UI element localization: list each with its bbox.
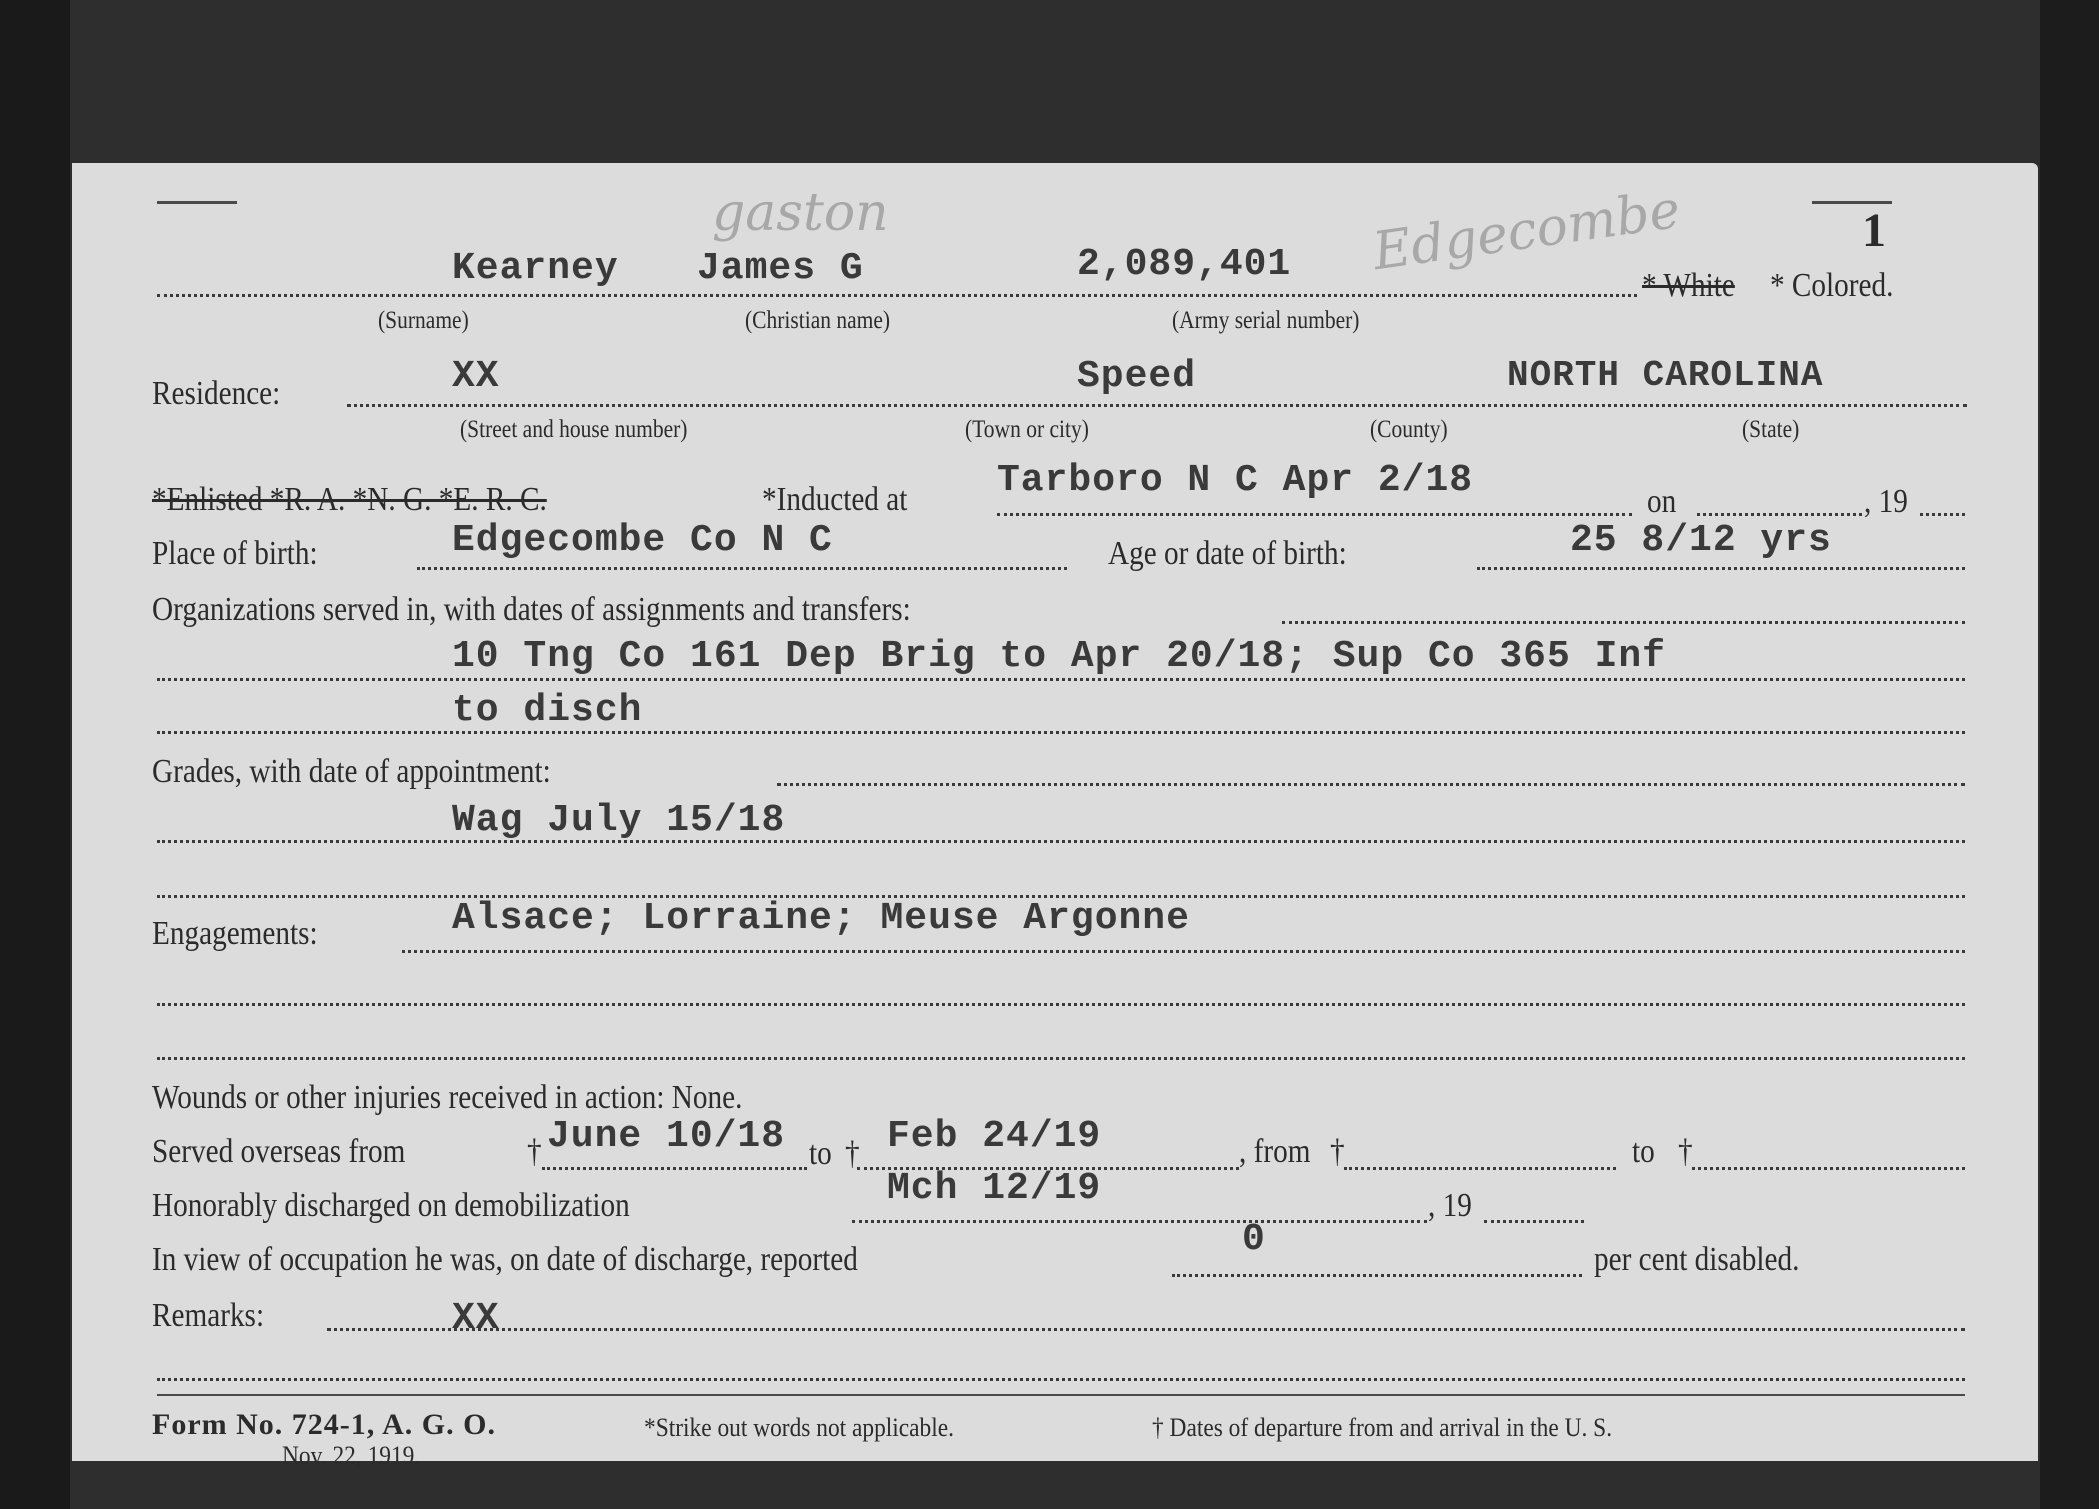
engagements-rule-2 — [157, 1003, 1965, 1006]
town-value: Speed — [1077, 355, 1196, 398]
surname-caption: (Surname) — [378, 307, 469, 335]
overseas-to2-label: to — [1632, 1133, 1655, 1171]
age-value: 25 8/12 yrs — [1570, 519, 1832, 562]
remarks-value: XX — [452, 1297, 500, 1340]
year-line — [1920, 513, 1965, 516]
organizations-rule-1 — [157, 678, 1965, 681]
organizations-rule-2 — [157, 731, 1965, 734]
wounds-label: Wounds or other injuries received in act… — [152, 1079, 742, 1117]
inducted-label: *Inducted at — [762, 481, 907, 519]
discharge-year-line — [1484, 1220, 1584, 1223]
overseas-to2-line — [1692, 1167, 1965, 1170]
state-value: NORTH CAROLINA — [1507, 355, 1823, 396]
christian-caption: (Christian name) — [745, 307, 890, 335]
discharge-year-label: , 19 — [1428, 1187, 1472, 1225]
inducted-line — [997, 513, 1632, 516]
overseas-label: Served overseas from — [152, 1133, 405, 1171]
dagger-1: † — [527, 1133, 542, 1171]
dagger-3: † — [1330, 1133, 1345, 1171]
age-line — [1477, 567, 1965, 570]
place-of-birth-line — [417, 567, 1067, 570]
engagements-line-1: Alsace; Lorraine; Meuse Argonne — [452, 897, 1190, 940]
engagements-rule-3 — [157, 1057, 1965, 1060]
card-number: 1 — [1862, 203, 1886, 258]
county-caption: (County) — [1370, 416, 1448, 444]
residence-label: Residence: — [152, 375, 280, 413]
discharge-line — [852, 1220, 1427, 1223]
overseas-from-value: June 10/18 — [547, 1115, 785, 1158]
form-number: Form No. 724-1, A. G. O. — [152, 1408, 496, 1442]
engagements-label: Engagements: — [152, 915, 318, 953]
remarks-rule-2 — [157, 1378, 1965, 1381]
place-of-birth-label: Place of birth: — [152, 535, 318, 573]
grades-line-0 — [777, 783, 1965, 786]
organizations-line-0 — [1282, 621, 1965, 624]
surname-value: Kearney — [452, 247, 619, 290]
age-label: Age or date of birth: — [1108, 535, 1347, 573]
remarks-label: Remarks: — [152, 1297, 264, 1335]
christian-name-value: James G — [697, 247, 864, 290]
street-caption: (Street and house number) — [460, 416, 687, 444]
race-white-struck: * White — [1642, 267, 1735, 305]
overseas-from-line — [542, 1167, 807, 1170]
serial-caption: (Army serial number) — [1172, 307, 1359, 335]
discharge-value: Mch 12/19 — [887, 1167, 1101, 1210]
grades-line-1: Wag July 15/18 — [452, 799, 785, 842]
overseas-from2-label: , from — [1239, 1133, 1310, 1171]
scanner-background-right — [2040, 0, 2099, 1509]
on-label: on — [1647, 483, 1676, 521]
grades-rule-1 — [157, 840, 1965, 843]
disability-value: 0 — [1242, 1218, 1266, 1261]
organizations-label: Organizations served in, with dates of a… — [152, 591, 911, 629]
residence-line — [347, 404, 1967, 407]
town-caption: (Town or city) — [965, 416, 1089, 444]
serial-number-value: 2,089,401 — [1077, 243, 1291, 286]
enlistment-options-struck: *Enlisted *R. A. *N. G. *E. R. C. — [152, 481, 547, 519]
race-colored: * Colored. — [1770, 267, 1893, 305]
engagements-rule-1 — [402, 950, 1965, 953]
discharge-label: Honorably discharged on demobilization — [152, 1187, 630, 1225]
disability-line — [1172, 1274, 1582, 1277]
on-date-line — [1697, 513, 1862, 516]
handwritten-note-edgecombe: Edgecombe — [1369, 180, 1683, 282]
top-left-rule — [157, 201, 237, 204]
overseas-to-value: Feb 24/19 — [887, 1115, 1101, 1158]
disability-label: In view of occupation he was, on date of… — [152, 1241, 858, 1279]
name-line — [157, 294, 1637, 297]
place-of-birth-value: Edgecombe Co N C — [452, 519, 833, 562]
grades-label: Grades, with date of appointment: — [152, 753, 551, 791]
footer-rule — [157, 1394, 1965, 1396]
inducted-value: Tarboro N C Apr 2/18 — [997, 459, 1473, 502]
organizations-line-2: to disch — [452, 689, 642, 732]
dagger-note: † Dates of departure from and arrival in… — [1152, 1413, 1612, 1443]
scanner-background-left — [0, 0, 70, 1509]
dagger-4: † — [1678, 1133, 1693, 1171]
service-record-card: 1 gaston Edgecombe Kearney James G 2,089… — [72, 163, 2038, 1461]
organizations-line-1: 10 Tng Co 161 Dep Brig to Apr 20/18; Sup… — [452, 635, 1666, 678]
disability-suffix: per cent disabled. — [1594, 1241, 1799, 1279]
overseas-from2-line — [1344, 1167, 1616, 1170]
form-date: Nov. 22, 1919. — [282, 1441, 420, 1471]
remarks-rule-1 — [327, 1328, 1965, 1331]
overseas-to-label: to — [809, 1135, 832, 1173]
street-value: XX — [452, 355, 500, 398]
strike-note: *Strike out words not applicable. — [644, 1413, 954, 1443]
handwritten-note-gaston: gaston — [712, 183, 889, 243]
year-label: , 19 — [1864, 483, 1908, 521]
state-caption: (State) — [1742, 416, 1799, 444]
